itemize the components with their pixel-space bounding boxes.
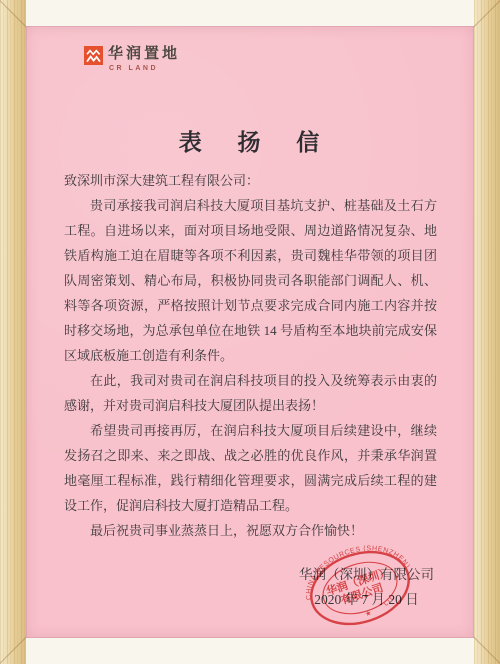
salutation: 致深圳市深大建筑工程有限公司： [64,168,437,193]
frame-right [474,0,500,664]
signature-date: 2020 年 7 月 20 日 [299,587,434,612]
frame-left [0,0,26,664]
paragraph-4: 最后祝贵司事业蒸蒸日上，祝愿双方合作愉快！ [64,518,437,543]
letterhead: 华润置地 CR LAND [84,46,180,73]
framed-letter-photo: 华润置地 CR LAND 表 扬 信 致深圳市深大建筑工程有限公司： 贵司承接我… [0,0,500,664]
letterhead-words: 华润置地 CR LAND [108,46,180,73]
paragraph-3: 希望贵司再接再厉，在润启科技大厦项目后续建设中，继续发扬召之即来、来之即战、战之… [64,418,437,518]
signature-company: 华润（深圳）有限公司 [299,562,434,587]
company-name-cn: 华润置地 [108,46,180,63]
paragraph-1: 贵司承接我司润启科技大厦项目基坑支护、桩基础及土石方工程。自进场以来，面对项目场… [64,193,437,368]
company-name-en: CR LAND [109,65,180,73]
letter-paper: 华润置地 CR LAND 表 扬 信 致深圳市深大建筑工程有限公司： 贵司承接我… [26,26,474,638]
frame-top [0,0,500,26]
letter-body: 致深圳市深大建筑工程有限公司： 贵司承接我司润启科技大厦项目基坑支护、桩基础及土… [64,168,437,543]
frame-bottom [0,638,500,664]
cr-land-logo-icon [84,46,103,65]
signature-block: 华润（深圳）有限公司 2020 年 7 月 20 日 [299,562,434,612]
paragraph-2: 在此，我司对贵司在润启科技项目的投入及统筹表示由衷的感谢，并对贵司润启科技大厦团… [64,368,437,418]
letter-title: 表 扬 信 [26,124,474,157]
